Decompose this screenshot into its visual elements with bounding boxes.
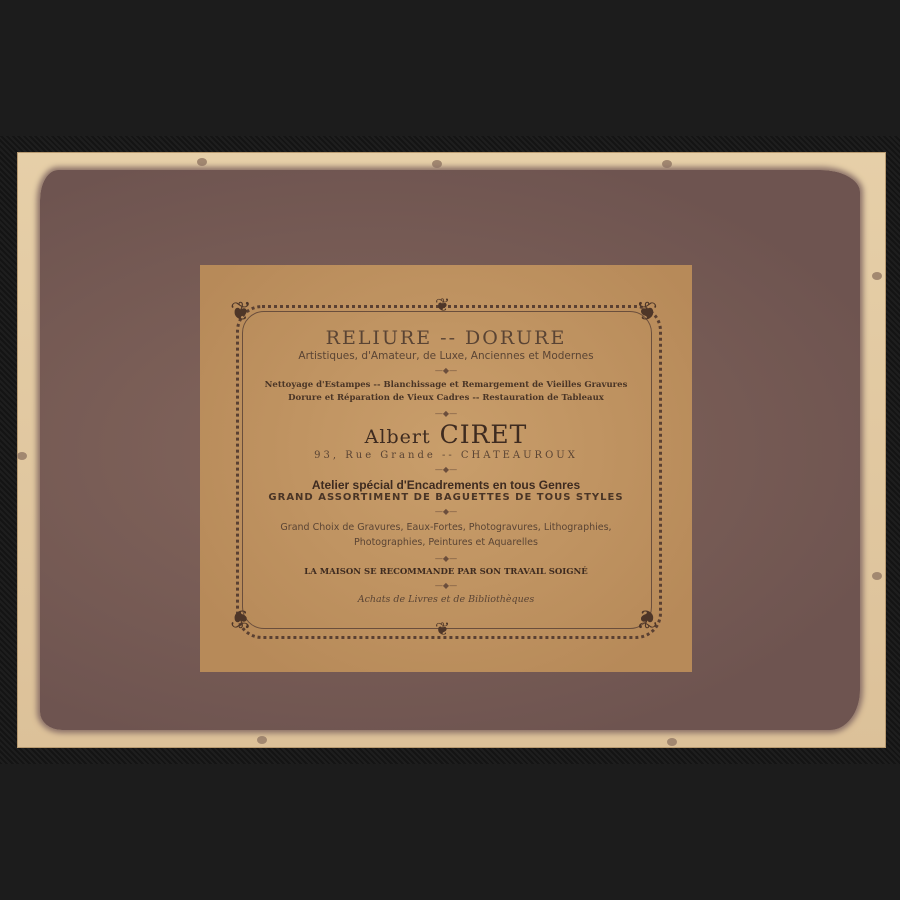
separator: —◆— xyxy=(240,465,652,474)
separator: —◆— xyxy=(240,366,652,375)
separator: —◆— xyxy=(240,554,652,563)
separator: —◆— xyxy=(240,581,652,590)
first-name: Albert xyxy=(365,426,431,448)
label-heading: RELIURE -- DORURE xyxy=(240,327,652,349)
bottom-center-ornament-icon: ❦ xyxy=(435,621,450,639)
corner-ornament-icon: ❦ xyxy=(230,605,252,631)
services-line-2: Dorure et Réparation de Vieux Cadres -- … xyxy=(240,392,652,405)
nail-mark xyxy=(662,160,672,168)
atelier-line: Atelier spécial d'Encadrements en tous G… xyxy=(240,478,652,492)
nail-mark xyxy=(257,736,267,744)
label-subheading: Artistiques, d'Amateur, de Luxe, Ancienn… xyxy=(240,350,652,362)
footer-line: Achats de Livres et de Bibliothèques xyxy=(240,594,652,605)
top-center-ornament-icon: ❦ xyxy=(435,297,450,315)
assortment-line: GRAND ASSORTIMENT DE BAGUETTES DE TOUS S… xyxy=(240,492,652,503)
separator: —◆— xyxy=(240,409,652,418)
last-name: CIRET xyxy=(440,420,528,449)
nail-mark xyxy=(17,452,27,460)
corner-ornament-icon: ❦ xyxy=(230,299,252,325)
nail-mark xyxy=(872,572,882,580)
separator: —◆— xyxy=(240,507,652,516)
nail-mark xyxy=(872,272,882,280)
corner-ornament-icon: ❦ xyxy=(636,605,658,631)
address: 93, Rue Grande -- CHATEAUROUX xyxy=(240,450,652,461)
motto: LA MAISON SE RECOMMANDE PAR SON TRAVAIL … xyxy=(240,567,652,577)
choice-line-2: Photographies, Peintures et Aquarelles xyxy=(240,535,652,550)
nail-mark xyxy=(432,160,442,168)
nail-mark xyxy=(667,738,677,746)
proprietor-name: Albert CIRET xyxy=(240,422,652,450)
framer-trade-label: ❦ ❦ ❦ ❦ ❦ ❦ RELIURE -- DORURE Artistique… xyxy=(200,265,692,672)
corner-ornament-icon: ❦ xyxy=(636,299,658,325)
services-line-1: Nettoyage d'Estampes -- Blanchissage et … xyxy=(240,379,652,392)
nail-mark xyxy=(197,158,207,166)
choice-line-1: Grand Choix de Gravures, Eaux-Fortes, Ph… xyxy=(240,520,652,535)
